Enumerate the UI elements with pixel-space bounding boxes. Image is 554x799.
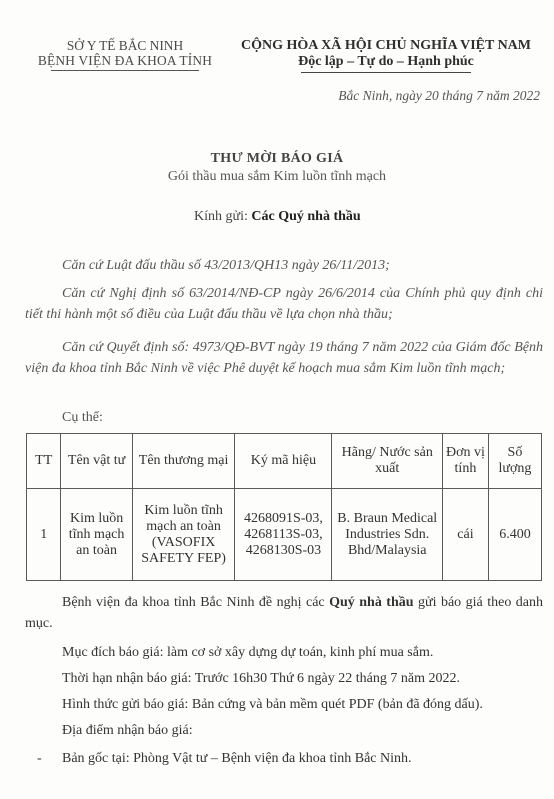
national-motto: Độc lập – Tự do – Hạnh phúc (218, 54, 554, 70)
legal-basis-3: Căn cứ Quyết định số: 4973/QĐ-BVT ngày 1… (25, 337, 543, 379)
col-header-quantity: Số lượng (488, 434, 541, 489)
table-header-row: TT Tên vật tư Tên thương mại Ký mã hiệu … (27, 434, 542, 489)
col-header-unit: Đơn vị tính (443, 434, 489, 489)
document-date: Bắc Ninh, ngày 20 tháng 7 năm 2022 (280, 88, 540, 104)
col-header-tt: TT (27, 434, 61, 489)
legal-basis-1: Căn cứ Luật đấu thầu số 43/2013/QH13 ngà… (25, 255, 543, 276)
issuer-hospital: BỆNH VIỆN ĐA KHOA TỈNH (22, 53, 228, 68)
col-header-code: Ký mã hiệu (235, 434, 332, 489)
motto-underline (301, 72, 471, 73)
col-header-trade-name: Tên thương mại (132, 434, 235, 489)
national-motto-block: CỘNG HÒA XÃ HỘI CHỦ NGHĨA VIỆT NAM Độc l… (218, 38, 554, 73)
col-header-manufacturer: Hãng/ Nước sản xuất (332, 434, 443, 489)
request-recipient: Quý nhà thầu (329, 595, 413, 610)
cell-trade-name: Kim luồn tĩnh mạch an toàn (VASOFIX SAFE… (132, 489, 235, 581)
greeting: Kính gửi: Các Quý nhà thầu (194, 209, 361, 225)
greeting-prefix: Kính gửi: (194, 209, 251, 224)
location-label: Địa điểm nhận báo giá: (25, 720, 543, 741)
issuer-department: SỞ Y TẾ BẮC NINH (22, 38, 228, 53)
cell-unit: cái (443, 489, 489, 581)
country-name: CỘNG HÒA XÃ HỘI CHỦ NGHĨA VIỆT NAM (218, 38, 554, 54)
greeting-recipient: Các Quý nhà thầu (251, 209, 360, 224)
purpose-line: Mục đích báo giá: làm cơ sở xây dựng dự … (25, 642, 543, 663)
issuer-underline (51, 70, 199, 71)
document-subtitle: Gói thầu mua sắm Kim luồn tĩnh mạch (0, 169, 554, 185)
cell-item-name: Kim luồn tĩnh mạch an toàn (61, 489, 132, 581)
cell-tt: 1 (27, 489, 61, 581)
cell-quantity: 6.400 (488, 489, 541, 581)
specifics-label: Cụ thể: (25, 407, 543, 428)
deadline-line: Thời hạn nhận báo giá: Trước 16h30 Thứ 6… (25, 668, 543, 689)
cell-manufacturer: B. Braun Medical Industries Sdn. Bhd/Mal… (332, 489, 443, 581)
legal-basis-2: Căn cứ Nghị định số 63/2014/NĐ-CP ngày 2… (25, 283, 543, 325)
table-row: 1 Kim luồn tĩnh mạch an toàn Kim luồn tĩ… (27, 489, 542, 581)
request-paragraph: Bệnh viện đa khoa tỉnh Bắc Ninh đề nghị … (25, 592, 543, 634)
submission-form-line: Hình thức gửi báo giá: Bản cứng và bản m… (25, 694, 543, 715)
items-table: TT Tên vật tư Tên thương mại Ký mã hiệu … (26, 433, 542, 581)
col-header-item-name: Tên vật tư (61, 434, 132, 489)
bullet-dash: - (37, 748, 62, 769)
location-item: -Bản gốc tại: Phòng Vật tư – Bệnh viện đ… (25, 748, 543, 769)
issuer-block: SỞ Y TẾ BẮC NINH BỆNH VIỆN ĐA KHOA TỈNH (22, 38, 228, 71)
cell-code: 4268091S-03, 4268113S-03, 4268130S-03 (235, 489, 332, 581)
document-title: THƯ MỜI BÁO GIÁ (0, 151, 554, 167)
